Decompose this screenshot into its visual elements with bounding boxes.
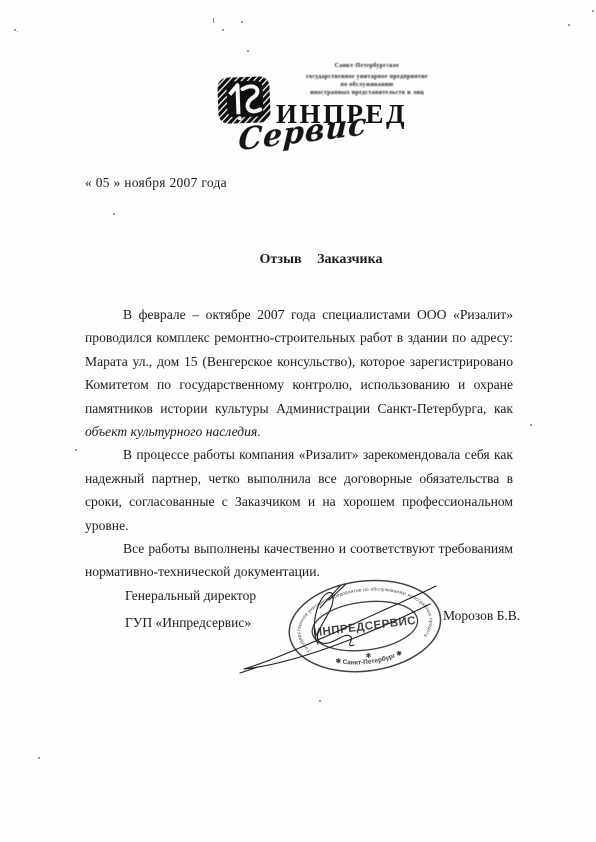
paragraph-1-text: В феврале – октябре 2007 года специалист… bbox=[85, 307, 513, 416]
scanned-letter-page: Санкт-Петербургское государственное унит… bbox=[0, 0, 596, 842]
scan-speck bbox=[319, 700, 321, 702]
org-line: государственное унитарное предприятие bbox=[272, 73, 462, 81]
letterhead-org-name: Санкт-Петербургское государственное унит… bbox=[272, 62, 462, 97]
scan-speck bbox=[113, 213, 115, 215]
scan-speck bbox=[530, 424, 532, 426]
handwritten-signature bbox=[232, 572, 462, 687]
scan-speck bbox=[213, 18, 214, 23]
paragraph-2: В процессе работы компания «Ризалит» зар… bbox=[85, 443, 513, 537]
paragraph-1: В феврале – октябре 2007 года специалист… bbox=[85, 303, 513, 443]
org-line: иностранных представительств и лиц bbox=[272, 89, 462, 97]
scan-speck bbox=[568, 24, 570, 26]
paragraph-1-italic: объект культурного наследия bbox=[85, 424, 257, 439]
scan-speck bbox=[592, 10, 594, 12]
scan-speck bbox=[14, 29, 16, 31]
scan-speck bbox=[247, 50, 249, 52]
org-line: по обслуживанию bbox=[272, 81, 462, 89]
scan-speck bbox=[75, 449, 77, 451]
scan-speck bbox=[38, 757, 40, 759]
paragraph-1-period: . bbox=[257, 424, 260, 439]
scan-speck bbox=[241, 21, 243, 23]
document-title: Отзыв Заказчика bbox=[0, 252, 596, 268]
scan-speck bbox=[17, 31, 18, 32]
org-line: Санкт-Петербургское bbox=[272, 62, 462, 70]
document-body: В феврале – октябре 2007 года специалист… bbox=[85, 303, 513, 584]
document-date: « 05 » ноября 2007 года bbox=[85, 175, 227, 191]
scan-speck bbox=[222, 29, 224, 31]
